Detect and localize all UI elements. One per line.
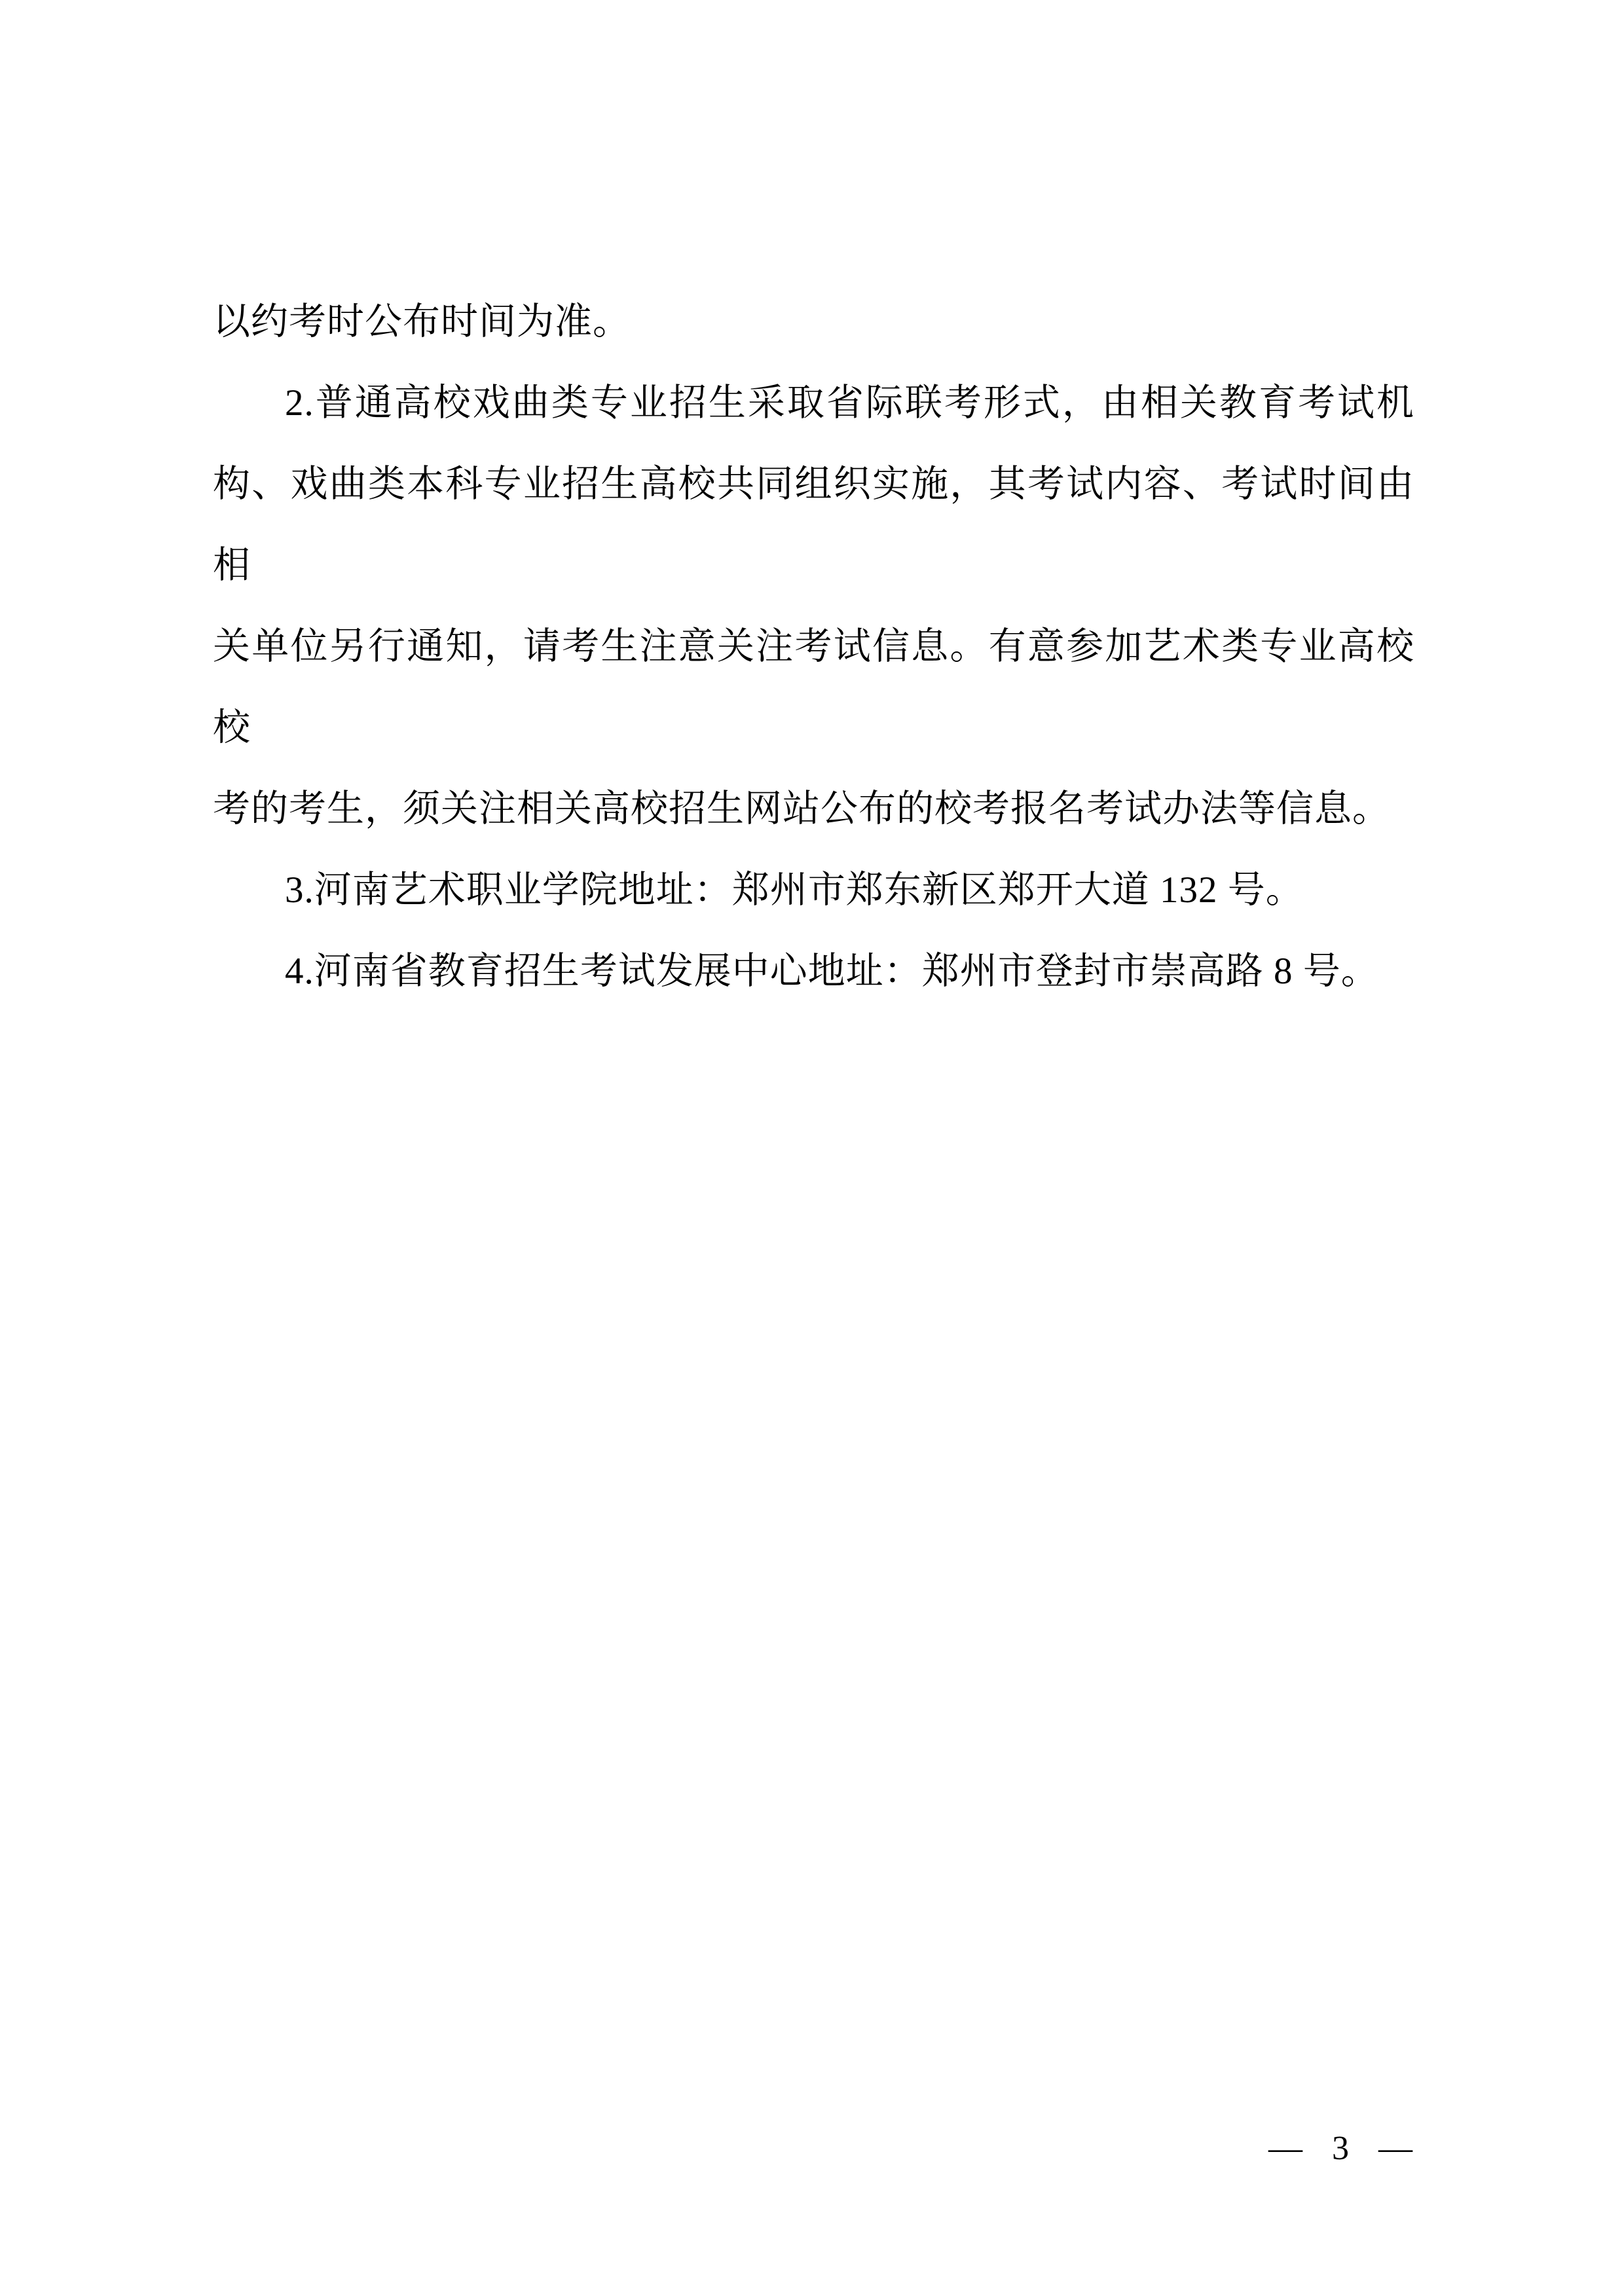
text-line: 2.普通高校戏曲类专业招生采取省际联考形式，由相关教育考试机 <box>213 363 1414 444</box>
paragraph-item-4: 4.河南省教育招生考试发展中心地址：郑州市登封市崇高路 8 号。 <box>213 931 1414 1012</box>
paragraph-continuation: 以约考时公布时间为准。 <box>213 282 1414 363</box>
page-number: — 3 — <box>1268 2129 1412 2168</box>
text-line: 构、戏曲类本科专业招生高校共同组织实施，其考试内容、考试时间由相 <box>213 444 1414 606</box>
text-line: 4.河南省教育招生考试发展中心地址：郑州市登封市崇高路 8 号。 <box>213 931 1414 1012</box>
text-line: 3.河南艺术职业学院地址：郑州市郑东新区郑开大道 132 号。 <box>213 850 1414 931</box>
text-line: 考的考生，须关注相关高校招生网站公布的校考报名考试办法等信息。 <box>213 769 1414 850</box>
document-page: 以约考时公布时间为准。 2.普通高校戏曲类专业招生采取省际联考形式，由相关教育考… <box>0 0 1624 2296</box>
text-line: 以约考时公布时间为准。 <box>213 282 1414 363</box>
text-line: 关单位另行通知，请考生注意关注考试信息。有意参加艺术类专业高校校 <box>213 606 1414 769</box>
document-body: 以约考时公布时间为准。 2.普通高校戏曲类专业招生采取省际联考形式，由相关教育考… <box>213 282 1414 1012</box>
paragraph-item-2: 2.普通高校戏曲类专业招生采取省际联考形式，由相关教育考试机 构、戏曲类本科专业… <box>213 363 1414 850</box>
paragraph-item-3: 3.河南艺术职业学院地址：郑州市郑东新区郑开大道 132 号。 <box>213 850 1414 931</box>
